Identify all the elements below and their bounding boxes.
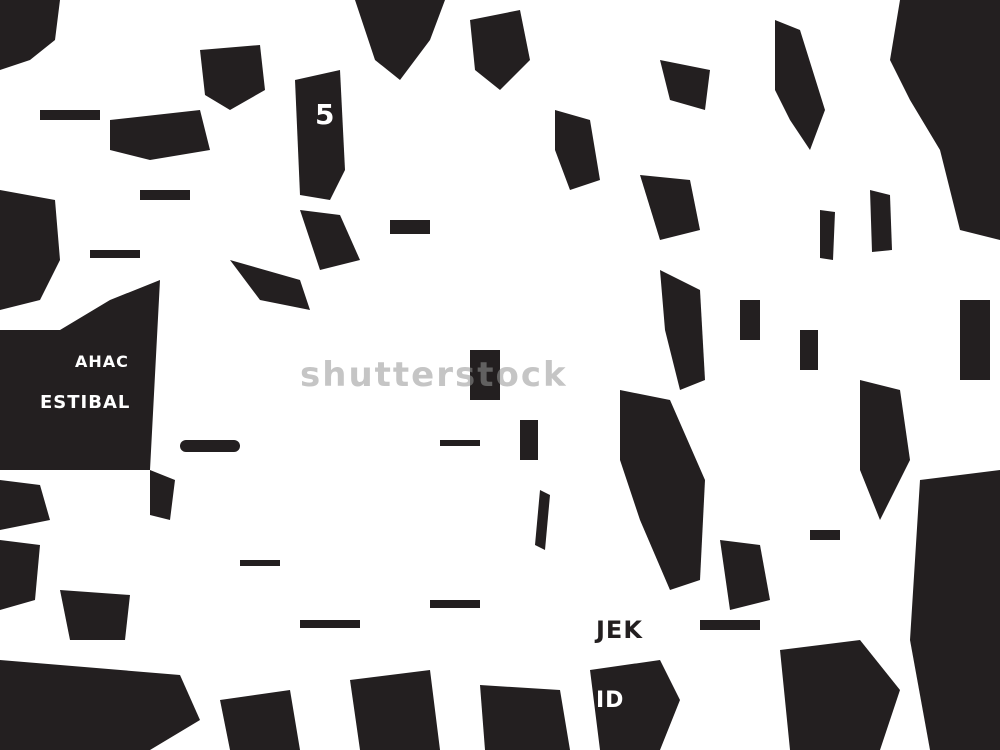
watermark: shutterstock: [300, 355, 568, 395]
text-fragment-ahac: AHAC: [75, 352, 129, 371]
text-fragment-jek: JEK: [596, 616, 643, 644]
text-fragment-digit: 5: [315, 98, 335, 131]
text-fragment-id: ID: [596, 688, 624, 713]
text-fragment-estibal: ESTIBAL: [40, 392, 130, 413]
